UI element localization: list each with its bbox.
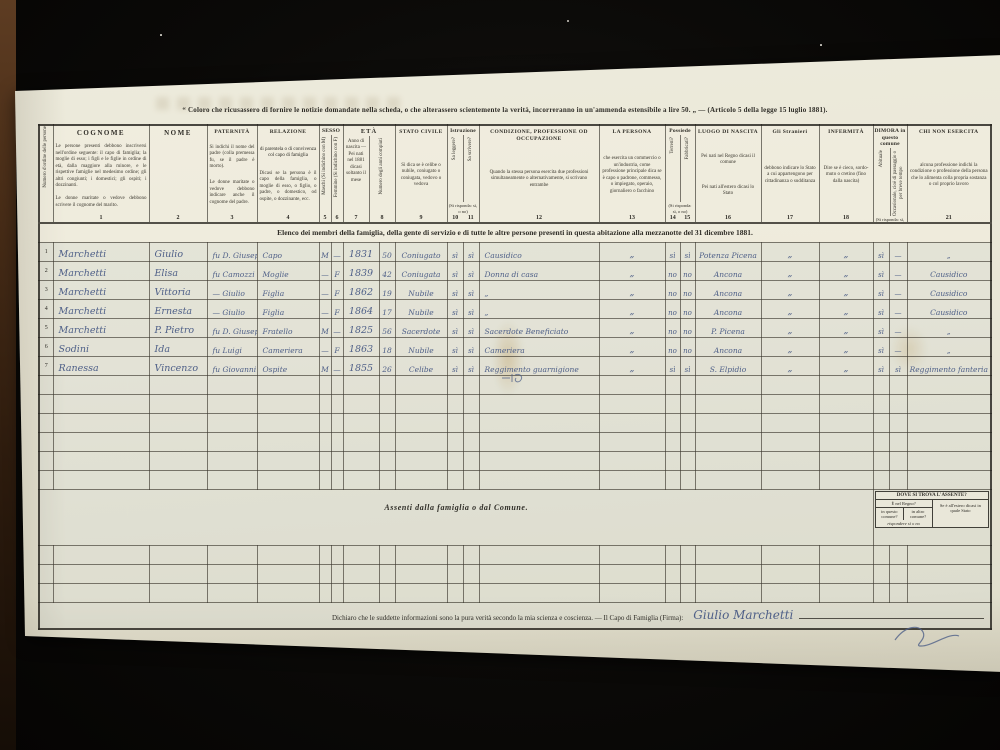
photo-background: “ Coloro che ricusassero di fornire le n…	[0, 0, 1000, 750]
cell	[149, 376, 207, 395]
cell-straniero: „	[761, 262, 819, 281]
cell	[889, 414, 907, 433]
cell-numero: 1	[39, 243, 53, 262]
cell	[257, 395, 319, 414]
cell	[680, 376, 695, 395]
cell	[319, 376, 331, 395]
cell	[343, 395, 379, 414]
cell-cognome: Marchetti	[53, 281, 149, 300]
cell-cognome: Marchetti	[53, 300, 149, 319]
cell	[319, 471, 331, 490]
cell-sesso-m: —	[319, 262, 331, 281]
cell-cognome: Sodini	[53, 338, 149, 357]
cell-anni: 42	[379, 262, 395, 281]
cell-chi: Causidico	[907, 281, 991, 300]
sub-label: Terreni?	[670, 137, 676, 154]
cell-relazione: Ospite	[257, 357, 319, 376]
cell	[149, 565, 207, 584]
cell	[331, 433, 343, 452]
dove-nota: rispondere sì o no	[876, 520, 932, 527]
col-title: LUOGO DI NASCITA	[698, 126, 758, 136]
cell-persona: „	[599, 281, 665, 300]
cell	[379, 414, 395, 433]
cell-fabbricati: no	[680, 300, 695, 319]
cell	[207, 565, 257, 584]
col-number: 4	[287, 215, 290, 222]
cell	[331, 395, 343, 414]
cell	[319, 546, 331, 565]
cell-sesso-f: —	[331, 243, 343, 262]
cell	[695, 584, 761, 603]
cell-nome: Ida	[149, 338, 207, 357]
cell	[257, 414, 319, 433]
cell-dimora-abituale: sì	[873, 262, 889, 281]
cell	[479, 452, 599, 471]
dove-estero: Se è all'estero dicasi in quale Stato	[933, 500, 988, 527]
cell	[479, 471, 599, 490]
cell	[395, 414, 447, 433]
cell	[665, 565, 680, 584]
cell-numero: 4	[39, 300, 53, 319]
cell	[53, 471, 149, 490]
cell-infermita: „	[819, 243, 873, 262]
col-header-cognome: COGNOME Le persone presenti debbono insc…	[53, 125, 149, 223]
cell	[447, 433, 463, 452]
cell-stato: Sacerdote	[395, 319, 447, 338]
col-note: Pei nati all'estero dicasi lo Stato	[696, 184, 761, 199]
cell	[463, 565, 479, 584]
cell	[331, 565, 343, 584]
cell-scrive: sì	[463, 243, 479, 262]
col-number: 5	[324, 215, 327, 222]
numero-label: Numero d'ordine delle persone	[43, 126, 49, 188]
section-banner-row: Elenco dei membri della famiglia, della …	[39, 223, 991, 243]
cell	[819, 376, 873, 395]
col-header-relazione: RELAZIONE di parentela o di convivenza c…	[257, 125, 319, 223]
cell	[599, 584, 665, 603]
cell	[379, 471, 395, 490]
cell-scrive: sì	[463, 300, 479, 319]
cell-dimora-abituale: sì	[873, 319, 889, 338]
declaration-text: Dichiaro che le suddette informazioni so…	[332, 614, 683, 622]
assenti-section-row: Assenti dalla famiglia o dal Comune. DOV…	[39, 490, 991, 546]
col-number: 1	[100, 215, 103, 222]
col-title: STATO CIVILE	[399, 126, 442, 136]
cell-paternita: fu D. Giuseppe	[207, 243, 257, 262]
cell	[761, 565, 819, 584]
cell	[889, 546, 907, 565]
col-note: Si indichi il nome del padre (colla prem…	[208, 144, 257, 172]
cell	[695, 546, 761, 565]
cell-paternita: fu D. Giuseppe	[207, 319, 257, 338]
cell	[889, 584, 907, 603]
cell-straniero: „	[761, 281, 819, 300]
cell	[53, 584, 149, 603]
cell	[39, 584, 53, 603]
cell-legge: sì	[447, 357, 463, 376]
cell-nome: Ernesta	[149, 300, 207, 319]
col-header-dimora: DIMORA in questo comune Abituale Occasio…	[873, 125, 907, 223]
cell	[39, 414, 53, 433]
col-note: Quando la stessa persona esercita due pr…	[480, 169, 599, 191]
cell-fabbricati: no	[680, 281, 695, 300]
col-title: COGNOME	[77, 126, 125, 138]
cell	[599, 471, 665, 490]
cell	[343, 565, 379, 584]
cell	[379, 433, 395, 452]
cell	[379, 395, 395, 414]
cell-condizione: „	[479, 281, 599, 300]
cell-terreni: sì	[665, 243, 680, 262]
col-header-numero: Numero d'ordine delle persone	[39, 125, 53, 223]
cell	[447, 452, 463, 471]
cell-persona: „	[599, 243, 665, 262]
cell-sesso-f: F	[331, 300, 343, 319]
cell	[479, 414, 599, 433]
col-title: Gli Stranieri	[773, 126, 808, 136]
col-number: 3	[231, 215, 234, 222]
cell	[53, 452, 149, 471]
cell	[873, 376, 889, 395]
cell	[395, 471, 447, 490]
cell	[319, 433, 331, 452]
col-number: 15	[680, 215, 695, 222]
assenti-banner-cell: Assenti dalla famiglia o dal Comune.	[39, 490, 873, 546]
cell	[463, 395, 479, 414]
cell-persona: „	[599, 338, 665, 357]
cell	[379, 376, 395, 395]
cell	[873, 452, 889, 471]
cell	[695, 433, 761, 452]
col-note: debbono indicare lo Stato a cui apparten…	[762, 165, 819, 187]
cell	[463, 433, 479, 452]
col-title: RELAZIONE	[270, 126, 307, 136]
cell	[819, 433, 873, 452]
cell	[343, 414, 379, 433]
cell	[463, 414, 479, 433]
cell-scrive: sì	[463, 319, 479, 338]
cell	[53, 433, 149, 452]
cell-anno: 1825	[343, 319, 379, 338]
cell	[257, 433, 319, 452]
cell-dimora-occasionale: —	[889, 319, 907, 338]
group-title: SESSO	[322, 126, 340, 135]
cell-dimora-abituale: sì	[873, 281, 889, 300]
col-header-condizione: CONDIZIONE, PROFESSIONE OD OCCUPAZIONE Q…	[479, 125, 599, 223]
cell	[599, 414, 665, 433]
dove-box-cell: DOVE SI TROVA L'ASSENTE? È nel Regno? in…	[873, 490, 991, 546]
cell-anno: 1839	[343, 262, 379, 281]
cell	[819, 546, 873, 565]
sub-label: Femmine (Si indichino con F)	[334, 137, 340, 197]
assenti-banner: Assenti dalla famiglia o dal Comune.	[40, 490, 873, 512]
cell	[873, 565, 889, 584]
cell	[907, 584, 991, 603]
cell	[479, 546, 599, 565]
sub-label: Fabbricati?	[685, 137, 691, 160]
cell	[680, 414, 695, 433]
cell	[207, 471, 257, 490]
cell	[907, 414, 991, 433]
cell-straniero: „	[761, 243, 819, 262]
person-row: 3 Marchetti Vittoria — Giulio Figlia — F…	[39, 281, 991, 300]
cell	[39, 452, 53, 471]
col-number: 11	[463, 215, 479, 222]
cell-numero: 6	[39, 338, 53, 357]
cell-scrive: sì	[463, 281, 479, 300]
cell-dimora-occasionale: —	[889, 338, 907, 357]
declaration-cell: Dichiaro che le suddette informazioni so…	[39, 603, 991, 629]
col-number: 17	[787, 215, 793, 222]
cell-anni: 19	[379, 281, 395, 300]
cell-relazione: Fratello	[257, 319, 319, 338]
col-note: Pei nati nel Regno dicasi il comune	[696, 153, 761, 168]
cell-sesso-f: —	[331, 319, 343, 338]
cell-luogo: Ancona	[695, 281, 761, 300]
cell-fabbricati: no	[680, 338, 695, 357]
paper-wrapper: “ Coloro che ricusassero di fornire le n…	[0, 0, 1000, 750]
empty-row	[39, 452, 991, 471]
cell	[207, 395, 257, 414]
cell	[447, 584, 463, 603]
cell	[889, 395, 907, 414]
sub-label: Sa leggere?	[452, 137, 458, 160]
dove-q1: in questo comune?	[876, 508, 904, 520]
cell	[257, 546, 319, 565]
cell	[665, 546, 680, 565]
cell-relazione: Figlia	[257, 300, 319, 319]
cell-anno: 1831	[343, 243, 379, 262]
cell	[599, 433, 665, 452]
cell	[343, 376, 379, 395]
cell-scrive: sì	[463, 338, 479, 357]
cell-dimora-abituale: sì	[873, 338, 889, 357]
cell	[680, 433, 695, 452]
sub-label: Occasionale, cioè di passaggio o per bre…	[893, 150, 905, 216]
cell-nome: P. Pietro	[149, 319, 207, 338]
cell-sesso-m: —	[319, 300, 331, 319]
col-number: 9	[420, 215, 423, 222]
cell-straniero: „	[761, 357, 819, 376]
person-row: 6 Sodini Ida fu Luigi Cameriera — F 1863…	[39, 338, 991, 357]
cell-condizione: Sacerdote Beneficiato	[479, 319, 599, 338]
cell-terreni: sì	[665, 357, 680, 376]
cell	[331, 452, 343, 471]
cell	[343, 584, 379, 603]
dove-q2: in altro comune?	[903, 508, 932, 520]
cell-infermita: „	[819, 338, 873, 357]
cell	[149, 546, 207, 565]
cell	[907, 433, 991, 452]
cell	[39, 433, 53, 452]
cell	[665, 433, 680, 452]
cell-scrive: sì	[463, 357, 479, 376]
col-note: Le donne maritate o vedove debbono indic…	[208, 179, 257, 207]
cell-anno: 1863	[343, 338, 379, 357]
cell	[343, 433, 379, 452]
cell	[479, 395, 599, 414]
cell	[53, 565, 149, 584]
group-note: (Si risponda: sì, o no)	[448, 202, 479, 215]
signature-line	[799, 617, 984, 619]
cell-anno: 1864	[343, 300, 379, 319]
cell	[207, 376, 257, 395]
cell	[463, 452, 479, 471]
cell	[907, 395, 991, 414]
cell-stato: Celibe	[395, 357, 447, 376]
col-header-paternita: PATERNITÀ Si indichi il nome del padre (…	[207, 125, 257, 223]
cell-cognome: Marchetti	[53, 243, 149, 262]
cell-sesso-m: M	[319, 357, 331, 376]
cell	[207, 414, 257, 433]
cell	[331, 584, 343, 603]
cell	[695, 452, 761, 471]
cell-paternita: — Giulio	[207, 300, 257, 319]
cell-infermita: „	[819, 319, 873, 338]
cell-infermita: „	[819, 262, 873, 281]
col-number: 21	[946, 215, 952, 222]
cell-condizione: Reggimento guarnigione	[479, 357, 599, 376]
cell-anni: 18	[379, 338, 395, 357]
col-number: 10	[448, 215, 464, 222]
cell-relazione: Cameriera	[257, 338, 319, 357]
cell-dimora-occasionale: sì	[889, 357, 907, 376]
cell-sesso-m: M	[319, 243, 331, 262]
col-header-possiede: Possiede Terreni? Fabbricati? (Si rispon…	[665, 125, 695, 223]
cell	[257, 565, 319, 584]
cell	[379, 546, 395, 565]
group-title: Istruzione	[450, 126, 476, 135]
cell-dimora-occasionale: —	[889, 262, 907, 281]
cell-numero: 7	[39, 357, 53, 376]
cell-straniero: „	[761, 319, 819, 338]
cell	[819, 452, 873, 471]
cell-paternita: fu Giovanni	[207, 357, 257, 376]
cell	[889, 471, 907, 490]
cell-stato: Nubile	[395, 300, 447, 319]
cell-luogo: Potenza Picena	[695, 243, 761, 262]
empty-row	[39, 433, 991, 452]
col-number: 13	[629, 215, 635, 222]
cell-dimora-abituale: sì	[873, 357, 889, 376]
signature: Giulio Marchetti	[693, 608, 793, 622]
cell	[907, 546, 991, 565]
col-number: 8	[381, 215, 384, 222]
empty-row	[39, 414, 991, 433]
cell-terreni: no	[665, 281, 680, 300]
col-header-luogo-nascita: LUOGO DI NASCITA Pei nati nel Regno dica…	[695, 125, 761, 223]
sub-label: Anno di nascita — Pei nati nel 1881 dica…	[344, 138, 369, 186]
cell-dimora-occasionale: —	[889, 300, 907, 319]
col-header-chi-non-esercita: CHI NON ESERCITA alcuna professione indi…	[907, 125, 991, 223]
cell	[149, 433, 207, 452]
empty-row	[39, 584, 991, 603]
col-title: NOME	[164, 126, 192, 138]
cell-fabbricati: sì	[680, 357, 695, 376]
person-row: 4 Marchetti Ernesta — Giulio Figlia — F …	[39, 300, 991, 319]
cell-chi: „	[907, 319, 991, 338]
cell	[53, 414, 149, 433]
cell	[343, 452, 379, 471]
col-subtitle: di parentela o di convivenza col capo di…	[258, 147, 319, 160]
cell	[447, 565, 463, 584]
cell-dimora-abituale: sì	[873, 243, 889, 262]
dove-si-trova-box: DOVE SI TROVA L'ASSENTE? È nel Regno? in…	[875, 491, 990, 528]
cell	[599, 395, 665, 414]
cell	[479, 584, 599, 603]
cell-chi: Reggimento fanteria	[907, 357, 991, 376]
col-note: Le donne maritate o vedove debbono scriv…	[54, 195, 149, 210]
cell	[479, 376, 599, 395]
cell-numero: 3	[39, 281, 53, 300]
cell	[207, 452, 257, 471]
cell-chi: „	[907, 338, 991, 357]
cell	[761, 433, 819, 452]
cell	[39, 546, 53, 565]
cell	[331, 471, 343, 490]
cell-fabbricati: sì	[680, 243, 695, 262]
group-note: (Si risponda: sì, o no)	[666, 202, 695, 215]
cell-infermita: „	[819, 300, 873, 319]
cell-luogo: Ancona	[695, 300, 761, 319]
empty-row	[39, 546, 991, 565]
cell	[907, 376, 991, 395]
cell-chi: Causidico	[907, 300, 991, 319]
cell	[149, 414, 207, 433]
cell-condizione: „	[479, 300, 599, 319]
cell-infermita: „	[819, 357, 873, 376]
cell-relazione: Moglie	[257, 262, 319, 281]
cell	[319, 452, 331, 471]
cell-paternita: fu Luigi	[207, 338, 257, 357]
cell-chi: Causidico	[907, 262, 991, 281]
cell	[873, 433, 889, 452]
cell-luogo: Ancona	[695, 262, 761, 281]
cell-sesso-m: —	[319, 338, 331, 357]
cell-sesso-f: —	[331, 357, 343, 376]
cell	[889, 452, 907, 471]
cell-terreni: no	[665, 300, 680, 319]
cell	[695, 471, 761, 490]
cell	[907, 452, 991, 471]
cell-dimora-occasionale: —	[889, 281, 907, 300]
cell	[39, 395, 53, 414]
cell-numero: 5	[39, 319, 53, 338]
cell	[873, 546, 889, 565]
cell	[463, 471, 479, 490]
cell-luogo: Ancona	[695, 338, 761, 357]
col-title: PATERNITÀ	[214, 126, 249, 136]
cell	[819, 584, 873, 603]
cell	[319, 414, 331, 433]
cell-infermita: „	[819, 281, 873, 300]
cell	[665, 584, 680, 603]
cell	[665, 376, 680, 395]
cell-relazione: Capo	[257, 243, 319, 262]
cell-anni: 50	[379, 243, 395, 262]
cell-terreni: no	[665, 338, 680, 357]
cell	[257, 452, 319, 471]
group-note: (Si risponda: sì, o no)	[874, 216, 907, 223]
cell	[343, 546, 379, 565]
cell	[665, 452, 680, 471]
cell	[463, 546, 479, 565]
empty-row	[39, 565, 991, 584]
cell-sesso-f: F	[331, 338, 343, 357]
cell	[379, 452, 395, 471]
header-row: Numero d'ordine delle persone COGNOME Le…	[39, 125, 991, 223]
sub-label: Numero degli anni compiuti	[379, 138, 385, 195]
